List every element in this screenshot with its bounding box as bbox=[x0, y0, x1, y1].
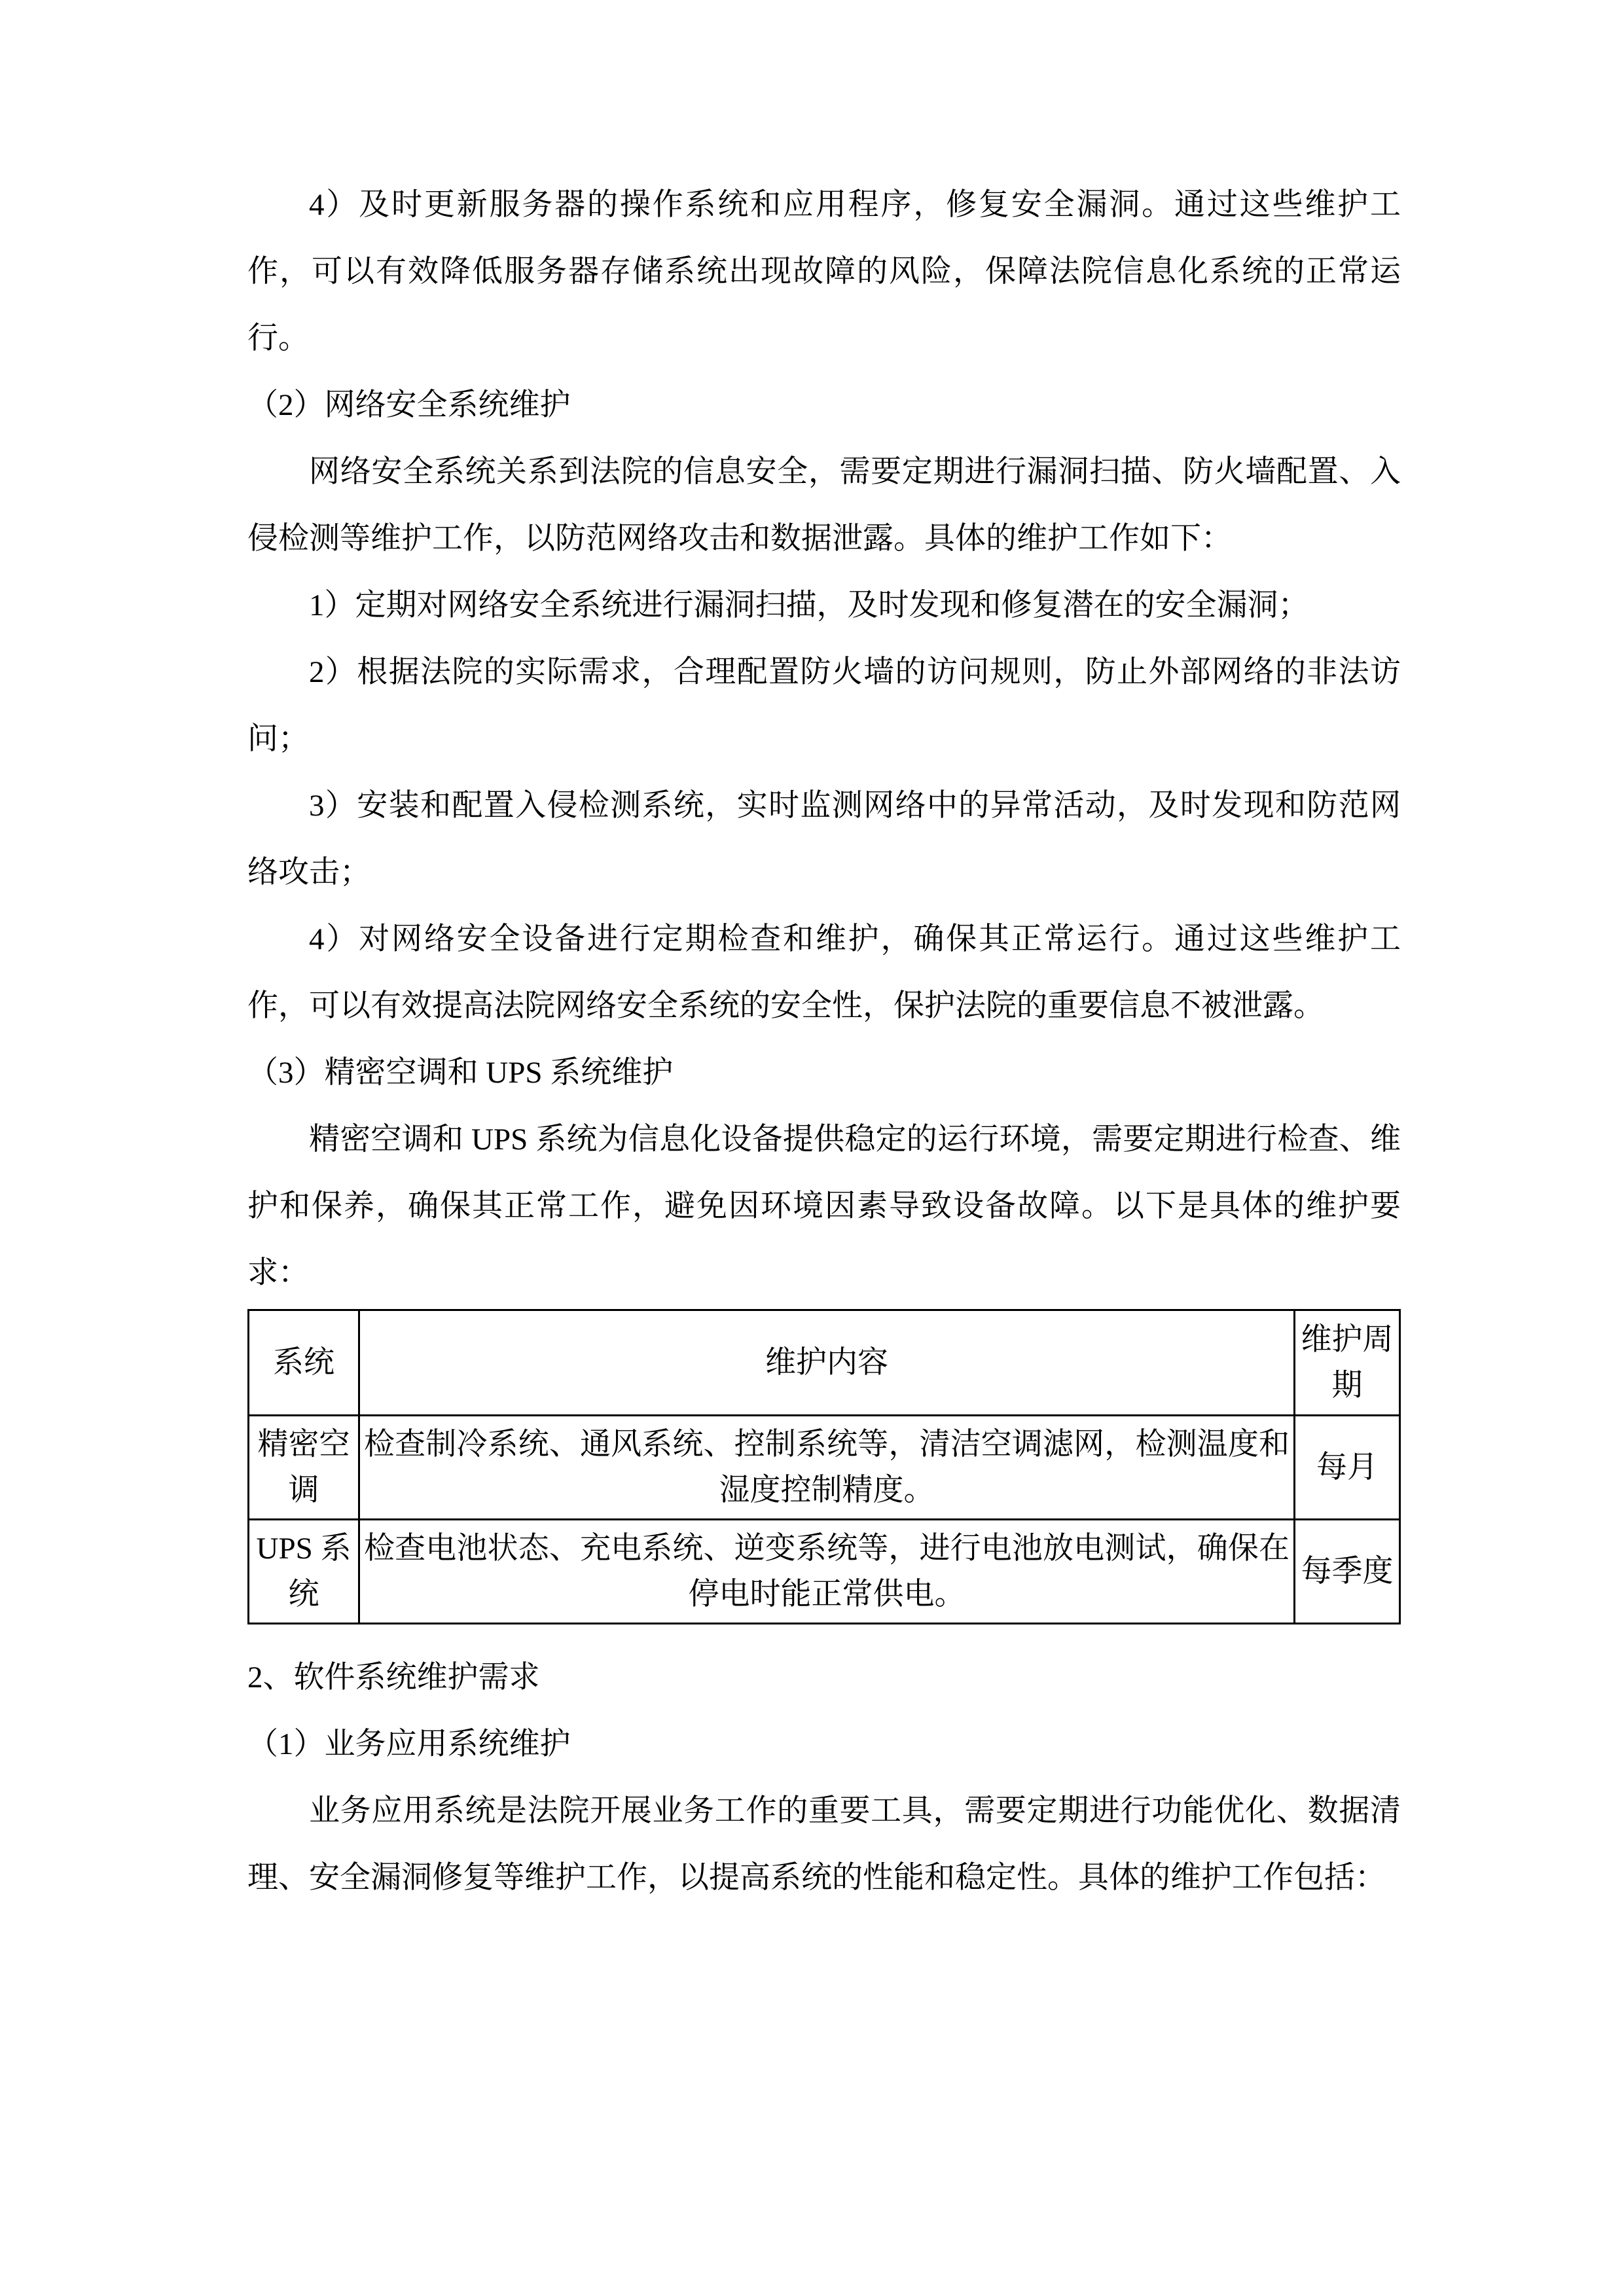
cell-cycle-ups: 每季度 bbox=[1295, 1520, 1400, 1624]
cell-system-precision-ac: 精密空调 bbox=[249, 1416, 359, 1520]
paragraph-business-app-intro: 业务应用系统是法院开展业务工作的重要工具，需要定期进行功能优化、数据清理、安全漏… bbox=[247, 1778, 1401, 1911]
cell-content-precision-ac: 检查制冷系统、通风系统、控制系统等，清洁空调滤网，检测温度和湿度控制精度。 bbox=[359, 1416, 1295, 1520]
table-row-precision-ac: 精密空调 检查制冷系统、通风系统、控制系统等，清洁空调滤网，检测温度和湿度控制精… bbox=[249, 1416, 1400, 1520]
list-item-security-device-check: 4）对网络安全设备进行定期检查和维护，确保其正常运行。通过这些维护工作，可以有效… bbox=[247, 906, 1401, 1039]
table-header-system: 系统 bbox=[249, 1310, 359, 1416]
paragraph-network-security-intro: 网络安全系统关系到法院的信息安全，需要定期进行漏洞扫描、防火墙配置、入侵检测等维… bbox=[247, 439, 1401, 572]
cell-content-ups: 检查电池状态、充电系统、逆变系统等，进行电池放电测试，确保在停电时能正常供电。 bbox=[359, 1520, 1295, 1624]
table-row-ups: UPS 系统 检查电池状态、充电系统、逆变系统等，进行电池放电测试，确保在停电时… bbox=[249, 1520, 1400, 1624]
heading-network-security-section: （2）网络安全系统维护 bbox=[247, 372, 1401, 439]
document-page: 4）及时更新服务器的操作系统和应用程序，修复安全漏洞。通过这些维护工作，可以有效… bbox=[0, 0, 1624, 2296]
list-item-intrusion-detection: 3）安装和配置入侵检测系统，实时监测网络中的异常活动，及时发现和防范网络攻击； bbox=[247, 772, 1401, 906]
heading-business-app-section: （1）业务应用系统维护 bbox=[247, 1711, 1401, 1778]
document-body: 4）及时更新服务器的操作系统和应用程序，修复安全漏洞。通过这些维护工作，可以有效… bbox=[247, 171, 1401, 1911]
paragraph-hvac-ups-intro: 精密空调和 UPS 系统为信息化设备提供稳定的运行环境，需要定期进行检查、维护和… bbox=[247, 1106, 1401, 1306]
heading-hvac-ups-section: （3）精密空调和 UPS 系统维护 bbox=[247, 1039, 1401, 1106]
table-header-content: 维护内容 bbox=[359, 1310, 1295, 1416]
cell-cycle-precision-ac: 每月 bbox=[1295, 1416, 1400, 1520]
table-header-cycle: 维护周期 bbox=[1295, 1310, 1400, 1416]
cell-system-ups: UPS 系统 bbox=[249, 1520, 359, 1624]
heading-software-maintenance: 2、软件系统维护需求 bbox=[247, 1644, 1401, 1711]
list-item-firewall-rules: 2）根据法院的实际需求，合理配置防火墙的访问规则，防止外部网络的非法访问； bbox=[247, 639, 1401, 772]
paragraph-server-update: 4）及时更新服务器的操作系统和应用程序，修复安全漏洞。通过这些维护工作，可以有效… bbox=[247, 171, 1401, 372]
maintenance-table: 系统 维护内容 维护周期 精密空调 检查制冷系统、通风系统、控制系统等，清洁空调… bbox=[247, 1309, 1401, 1624]
list-item-vulnerability-scan: 1）定期对网络安全系统进行漏洞扫描，及时发现和修复潜在的安全漏洞； bbox=[247, 572, 1401, 639]
table-header-row: 系统 维护内容 维护周期 bbox=[249, 1310, 1400, 1416]
